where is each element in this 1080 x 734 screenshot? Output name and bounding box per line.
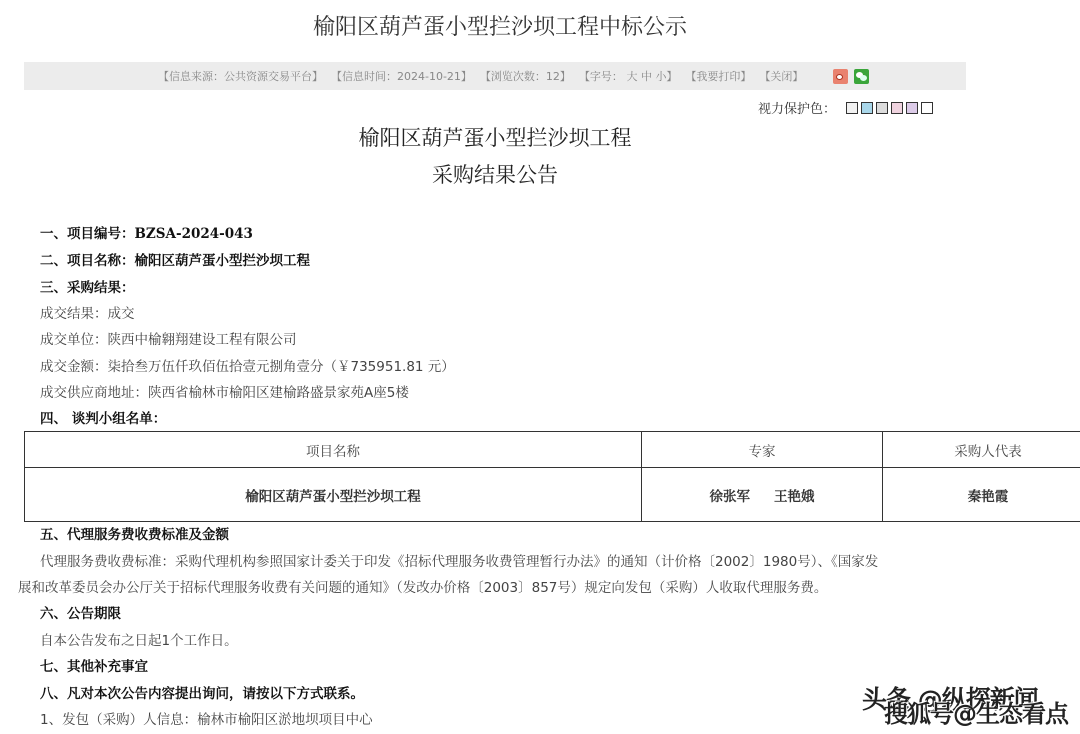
info-bar: 【信息来源：公共资源交易平台】 【信息时间：2024-10-21】 【浏览次数：… (24, 62, 966, 90)
section-contact: 八、凡对本次公告内容提出询问，请按以下方式联系。 (40, 682, 364, 702)
table-header-row: 项目名称 专家 采购人代表 (25, 432, 1080, 468)
swatch-white-gray[interactable] (846, 102, 858, 114)
font-size-text: 【字号： (579, 70, 623, 83)
fee-text-line1: 代理服务费收费标准：采购代理机构参照国家计委关于印发《招标代理服务收费管理暂行办… (40, 550, 878, 570)
document-title: 榆阳区葫芦蛋小型拦沙坝工程 (0, 122, 990, 152)
deal-result: 成交结果：成交 (40, 302, 135, 322)
watermark-sohu: 搜狐号@生态看点 (884, 694, 1068, 729)
notice-period-text: 自本公告发布之日起1个工作日。 (40, 629, 238, 649)
deal-address: 成交供应商地址：陕西省榆林市榆阳区建榆路盛景家苑A座5楼 (40, 381, 409, 401)
print-button[interactable]: 【我要打印】 (685, 68, 751, 84)
deal-unit: 成交单位：陕西中榆翱翔建设工程有限公司 (40, 328, 297, 348)
eye-protection-color: 视力保护色： (758, 98, 933, 117)
panel-table: 项目名称 专家 采购人代表 榆阳区葫芦蛋小型拦沙坝工程 徐张军王艳娥 秦艳霞 (24, 431, 1080, 522)
swatch-blue[interactable] (861, 102, 873, 114)
wechat-icon[interactable] (854, 69, 869, 84)
eye-protection-label: 视力保护色： (758, 98, 836, 117)
section-procurement-result: 三、采购结果： (40, 276, 135, 296)
cell-project-name: 榆阳区葫芦蛋小型拦沙坝工程 (25, 468, 642, 522)
close-button[interactable]: 【关闭】 (759, 68, 803, 84)
header-project-name: 项目名称 (25, 432, 642, 468)
swatch-pink[interactable] (891, 102, 903, 114)
swatch-gray[interactable] (876, 102, 888, 114)
cell-representative: 秦艳霞 (883, 468, 1080, 522)
deal-amount: 成交金额：柒拾叁万伍仟玖佰伍拾壹元捌角壹分（￥735951.81 元） (40, 355, 455, 375)
section-other-matters: 七、其他补充事宜 (40, 655, 148, 675)
cell-experts: 徐张军王艳娥 (642, 468, 883, 522)
share-buttons (833, 69, 869, 84)
font-medium-button[interactable]: 中 (641, 70, 652, 83)
font-size-label: 【字号： 大 中 小】 (579, 68, 678, 84)
info-source: 【信息来源：公共资源交易平台】 (158, 68, 323, 84)
expert-name: 王艳娥 (774, 489, 815, 505)
color-swatches (846, 102, 933, 114)
header-representative: 采购人代表 (883, 432, 1080, 468)
page-title: 榆阳区葫芦蛋小型拦沙坝工程中标公示 (0, 10, 1000, 41)
contact-purchaser: 1、发包（采购）人信息：榆林市榆阳区淤地坝项目中心 (40, 708, 373, 728)
weibo-icon[interactable] (833, 69, 848, 84)
font-large-button[interactable]: 大 (626, 70, 637, 83)
section-agency-fee: 五、代理服务费收费标准及金额 (40, 523, 229, 543)
font-small-button[interactable]: 小】 (655, 70, 677, 83)
swatch-purple[interactable] (906, 102, 918, 114)
header-expert: 专家 (642, 432, 883, 468)
info-time: 【信息时间：2024-10-21】 (331, 68, 472, 84)
info-views: 【浏览次数：12】 (480, 68, 571, 84)
expert-name: 徐张军 (710, 489, 751, 505)
section-notice-period: 六、公告期限 (40, 602, 121, 622)
swatch-white[interactable] (921, 102, 933, 114)
document-subtitle: 采购结果公告 (0, 159, 990, 189)
fee-text-line2: 展和改革委员会办公厅关于招标代理服务收费有关问题的通知》（发改办价格〔2003〕… (18, 576, 827, 596)
table-row: 榆阳区葫芦蛋小型拦沙坝工程 徐张军王艳娥 秦艳霞 (25, 468, 1080, 522)
section-panel-list: 四、 谈判小组名单： (40, 407, 166, 427)
section-project-name: 二、项目名称：榆阳区葫芦蛋小型拦沙坝工程 (40, 249, 310, 269)
section-project-number: 一、项目编号：BZSA-2024-043 (40, 222, 253, 242)
